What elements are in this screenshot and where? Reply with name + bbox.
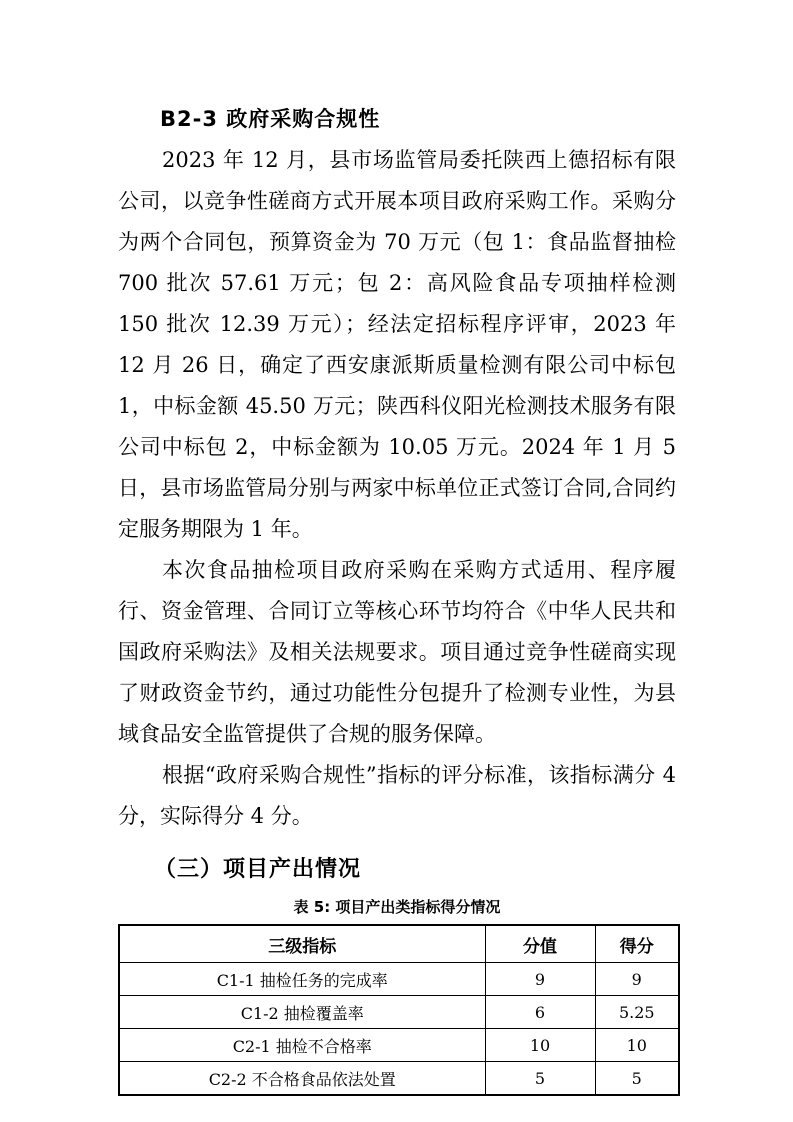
cell-score: 9 bbox=[595, 963, 679, 996]
table-caption: 表 5: 项目产出类指标得分情况 bbox=[118, 895, 676, 919]
cell-max-score: 6 bbox=[485, 996, 595, 1029]
heading-b2-3-procurement-compliance: B2-3 政府采购合规性 bbox=[118, 98, 676, 140]
cell-score: 5 bbox=[595, 1062, 679, 1096]
table-row: C1-1 抽检任务的完成率 9 9 bbox=[119, 963, 679, 996]
paragraph-score-statement: 根据“政府采购合规性”指标的评分标准，该指标满分 4 分，实际得分 4 分。 bbox=[118, 755, 676, 837]
paragraph-compliance-summary: 本次食品抽检项目政府采购在采购方式适用、程序履行、资金管理、合同订立等核心环节均… bbox=[118, 550, 676, 755]
cell-score: 5.25 bbox=[595, 996, 679, 1029]
cell-max-score: 10 bbox=[485, 1029, 595, 1062]
table-header-row: 三级指标 分值 得分 bbox=[119, 925, 679, 963]
column-header-indicator: 三级指标 bbox=[119, 925, 485, 963]
cell-indicator: C2-1 抽检不合格率 bbox=[119, 1029, 485, 1062]
table-row: C1-2 抽检覆盖率 6 5.25 bbox=[119, 996, 679, 1029]
cell-indicator: C1-2 抽检覆盖率 bbox=[119, 996, 485, 1029]
section-heading-project-output: （三）项目产出情况 bbox=[118, 853, 676, 887]
table-row: C2-2 不合格食品依法处置 5 5 bbox=[119, 1062, 679, 1096]
cell-max-score: 5 bbox=[485, 1062, 595, 1096]
page-content: B2-3 政府采购合规性 2023 年 12 月，县市场监管局委托陕西上德招标有… bbox=[118, 98, 676, 1096]
score-table: 三级指标 分值 得分 C1-1 抽检任务的完成率 9 9 C1-2 抽检覆盖率 … bbox=[118, 924, 680, 1096]
cell-max-score: 9 bbox=[485, 963, 595, 996]
column-header-max-score: 分值 bbox=[485, 925, 595, 963]
cell-indicator: C2-2 不合格食品依法处置 bbox=[119, 1062, 485, 1096]
cell-indicator: C1-1 抽检任务的完成率 bbox=[119, 963, 485, 996]
document-page: B2-3 政府采购合规性 2023 年 12 月，县市场监管局委托陕西上德招标有… bbox=[0, 0, 793, 1122]
cell-score: 10 bbox=[595, 1029, 679, 1062]
table-row: C2-1 抽检不合格率 10 10 bbox=[119, 1029, 679, 1062]
column-header-score: 得分 bbox=[595, 925, 679, 963]
paragraph-procurement-process: 2023 年 12 月，县市场监管局委托陕西上德招标有限公司，以竞争性磋商方式开… bbox=[118, 140, 676, 550]
